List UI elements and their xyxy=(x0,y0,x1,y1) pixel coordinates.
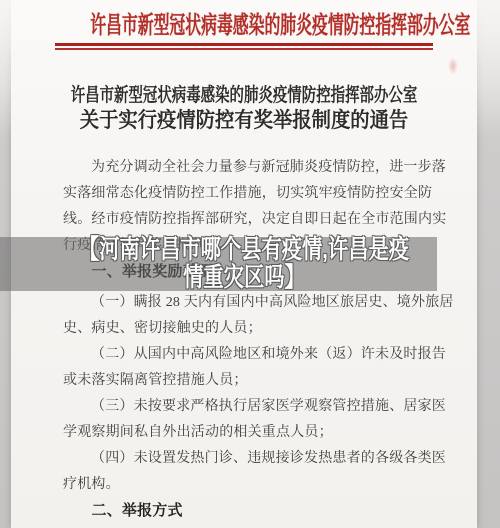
caption-line1: 【河南许昌市哪个县有疫情,许昌是疫 xyxy=(54,236,435,264)
body-line: 实落细常态化疫情防控工作措施，切实筑牢疫情防控安全防 xyxy=(63,181,441,207)
red-smudge-mark xyxy=(448,57,458,75)
body-line: 线。经市疫情防控指挥部研究，决定自即日起在全市范围内实 xyxy=(63,207,441,233)
body-line: 二、举报方式 xyxy=(63,498,441,524)
body-line: 或未落实隔离管控措施人员； xyxy=(63,368,441,394)
body-line: 史、病史、密切接触史的人员； xyxy=(63,316,441,342)
photo-margin-left xyxy=(0,0,11,140)
banner-title: 许昌市新型冠状病毒感染的肺炎疫情防控指挥部办公室 xyxy=(90,5,398,40)
document-title-line2: 关于实行疫情防控有奖举报制度的通告 xyxy=(30,104,459,134)
body-line: （三）未按要求严格执行居家医学观察管控措施、居家医 xyxy=(63,394,441,420)
banner-divider-top-line xyxy=(55,43,433,46)
body-line: （四）未设置发热门诊、违规接诊发热患者的各级各类医 xyxy=(63,446,441,472)
body-line: 疗机构。 xyxy=(63,472,441,498)
subtitle-caption: 【河南许昌市哪个县有疫情,许昌是疫 情重灾区吗】 xyxy=(0,236,488,291)
document-title-line1: 许昌市新型冠状病毒感染的肺炎疫情防控指挥部办公室 xyxy=(67,80,421,107)
document-body: 为充分调动全社会力量参与新冠肺炎疫情防控，进一步落 实落细常态化疫情防控工作措施… xyxy=(63,155,441,528)
caption-line2: 情重灾区吗】 xyxy=(54,264,435,292)
photo-margin-right xyxy=(477,0,500,140)
body-line: （二）从国内中高风险地区和境外来（返）许未及时报告 xyxy=(63,342,441,368)
photo-background: 许昌市新型冠状病毒感染的肺炎疫情防控指挥部办公室 许昌市新型冠状病毒感染的肺炎疫… xyxy=(0,0,500,528)
banner-divider xyxy=(11,43,477,50)
body-line: 为充分调动全社会力量参与新冠肺炎疫情防控，进一步落 xyxy=(63,155,441,181)
body-line: （一）瞒报 28 天内有国内中高风险地区旅居史、境外旅居 xyxy=(63,290,441,316)
body-line: 学观察期间私自外出活动的相关重点人员； xyxy=(63,420,441,446)
banner-divider-bottom-line xyxy=(55,48,433,50)
